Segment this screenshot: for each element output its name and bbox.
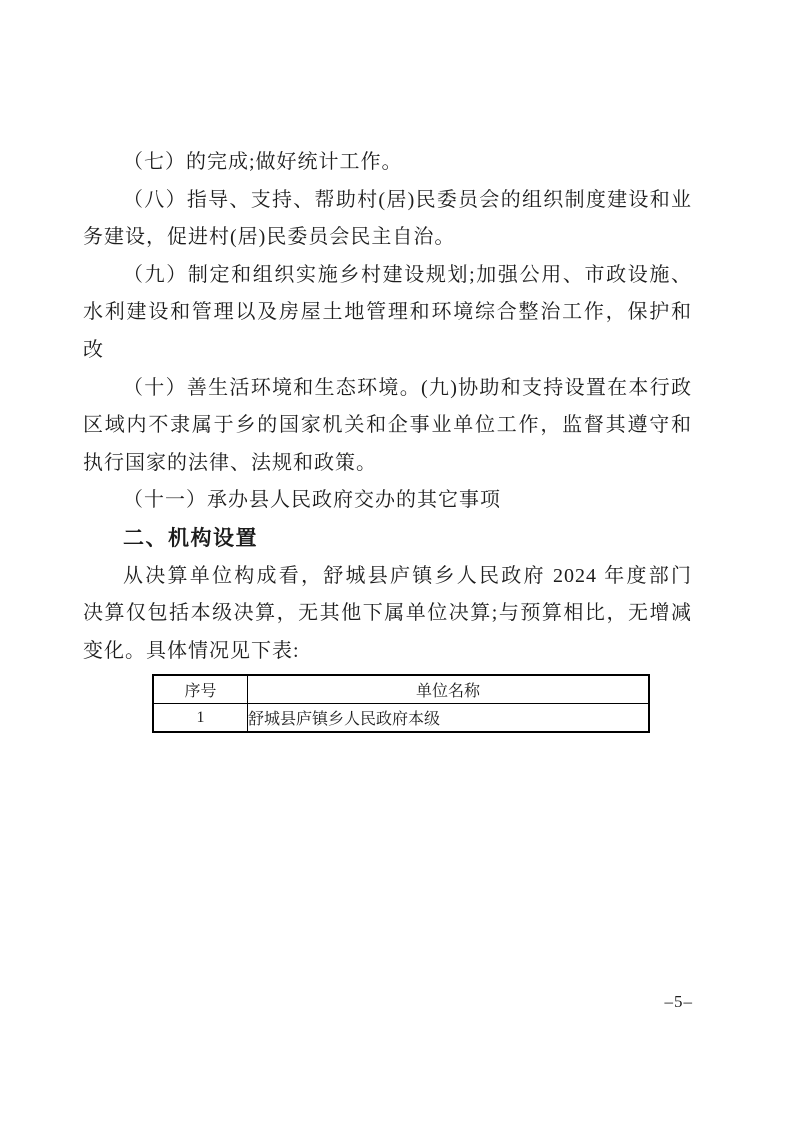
table-header-unit-name: 单位名称 <box>248 675 650 704</box>
table-row: 1 舒城县庐镇乡人民政府本级 <box>153 704 649 733</box>
paragraph-line: （八）指导、支持、帮助村(居)民委员会的组织制度建设和业 <box>83 182 692 220</box>
paragraph-line: 执行国家的法律、法规和政策。 <box>83 445 692 483</box>
paragraph-line: 改 <box>83 332 692 370</box>
section-heading: 二、机构设置 <box>83 520 692 558</box>
paragraph-line: 决算仅包括本级决算，无其他下属单位决算;与预算相比，无增减 <box>83 595 692 633</box>
table-header-seq: 序号 <box>153 675 248 704</box>
paragraph-line: 水利建设和管理以及房屋土地管理和环境综合整治工作，保护和 <box>83 294 692 332</box>
cell-unit-name: 舒城县庐镇乡人民政府本级 <box>248 704 650 733</box>
paragraph-line: 务建设，促进村(居)民委员会民主自治。 <box>83 219 692 257</box>
paragraph-line: 从决算单位构成看，舒城县庐镇乡人民政府 2024 年度部门 <box>83 558 692 596</box>
document-body: （七）的完成;做好统计工作。 （八）指导、支持、帮助村(居)民委员会的组织制度建… <box>83 144 692 733</box>
paragraph-line: （九）制定和组织实施乡村建设规划;加强公用、市政设施、 <box>83 257 692 295</box>
paragraph-line: （七）的完成;做好统计工作。 <box>83 144 692 182</box>
paragraph-line: 区域内不隶属于乡的国家机关和企事业单位工作，监督其遵守和 <box>83 407 692 445</box>
paragraph-line: （十一）承办县人民政府交办的其它事项 <box>83 482 692 520</box>
document-page: （七）的完成;做好统计工作。 （八）指导、支持、帮助村(居)民委员会的组织制度建… <box>0 0 793 1122</box>
table-header-row: 序号 单位名称 <box>153 675 649 704</box>
unit-table: 序号 单位名称 1 舒城县庐镇乡人民政府本级 <box>152 674 650 733</box>
paragraph-line: 变化。具体情况见下表: <box>83 633 692 671</box>
paragraph-line: （十）善生活环境和生态环境。(九)协助和支持设置在本行政 <box>83 370 692 408</box>
cell-seq: 1 <box>153 704 248 733</box>
page-number: –5– <box>665 992 694 1012</box>
